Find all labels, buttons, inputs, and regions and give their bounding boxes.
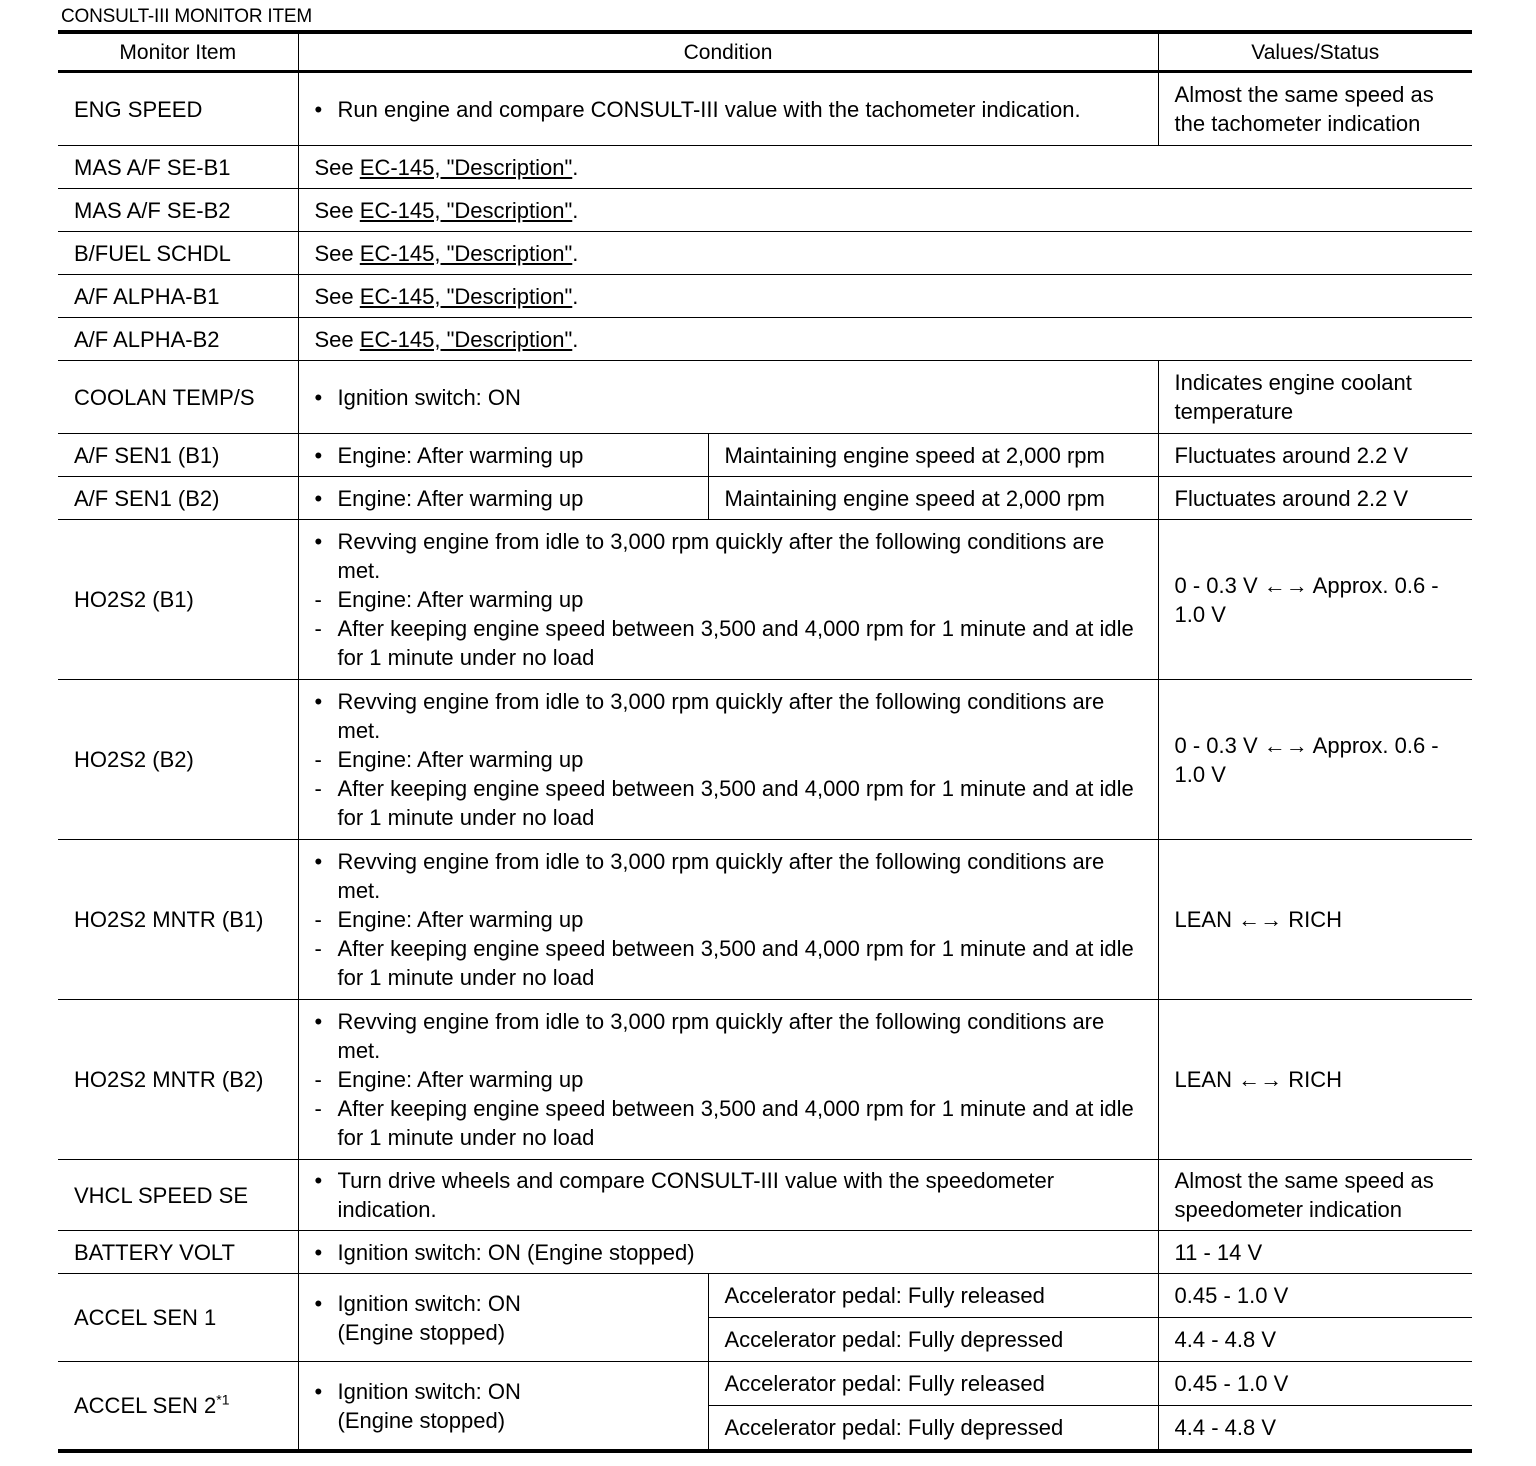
value-cell: 0.45 - 1.0 V — [1158, 1362, 1472, 1406]
monitor-item: ACCEL SEN 2*1 — [58, 1362, 298, 1452]
value-cell: 4.4 - 4.8 V — [1158, 1406, 1472, 1452]
dash-icon: - — [315, 585, 338, 614]
header-condition: Condition — [298, 32, 1158, 72]
dash-icon: - — [315, 614, 338, 672]
bullet-icon: • — [315, 527, 338, 585]
table-row: ENG SPEED •Run engine and compare CONSUL… — [58, 72, 1472, 146]
sub-condition-cell: Accelerator pedal: Fully depressed — [708, 1406, 1158, 1452]
value-cell: 0.45 - 1.0 V — [1158, 1274, 1472, 1318]
table-row: A/F ALPHA-B2 See EC-145, "Description". — [58, 318, 1472, 361]
condition-cell: •Ignition switch: ON (Engine stopped) — [298, 1231, 1158, 1274]
table-row: HO2S2 MNTR (B1) •Revving engine from idl… — [58, 840, 1472, 1000]
table-row: HO2S2 (B2) •Revving engine from idle to … — [58, 680, 1472, 840]
value-cell: Indicates engine coolant temperature — [1158, 361, 1472, 434]
bullet-icon: • — [315, 847, 338, 905]
value-cell: LEAN ←→ RICH — [1158, 1000, 1472, 1160]
dash-icon: - — [315, 905, 338, 934]
monitor-item: VHCL SPEED SE — [58, 1160, 298, 1231]
table-row: ACCEL SEN 1 •Ignition switch: ON(Engine … — [58, 1274, 1472, 1318]
dash-icon: - — [315, 1094, 338, 1152]
table-row: B/FUEL SCHDL See EC-145, "Description". — [58, 232, 1472, 275]
value-cell: 11 - 14 V — [1158, 1231, 1472, 1274]
monitor-item: A/F SEN1 (B1) — [58, 434, 298, 477]
table-row: ACCEL SEN 2*1 •Ignition switch: ON(Engin… — [58, 1362, 1472, 1406]
bullet-icon: • — [315, 687, 338, 745]
monitor-item: A/F ALPHA-B1 — [58, 275, 298, 318]
condition-cell: •Revving engine from idle to 3,000 rpm q… — [298, 1000, 1158, 1160]
bullet-icon: • — [315, 441, 338, 470]
ec-145-description-link[interactable]: EC-145, "Description" — [360, 155, 572, 180]
bullet-icon: • — [315, 95, 338, 124]
value-cell: LEAN ←→ RICH — [1158, 840, 1472, 1000]
bullet-icon: • — [315, 1007, 338, 1065]
sub-condition-cell: Maintaining engine speed at 2,000 rpm — [708, 434, 1158, 477]
ec-145-description-link[interactable]: EC-145, "Description" — [360, 284, 572, 309]
reference-cell: See EC-145, "Description". — [298, 146, 1472, 189]
ec-145-description-link[interactable]: EC-145, "Description" — [360, 198, 572, 223]
monitor-item: HO2S2 MNTR (B2) — [58, 1000, 298, 1160]
table-row: COOLAN TEMP/S •Ignition switch: ON Indic… — [58, 361, 1472, 434]
reference-cell: See EC-145, "Description". — [298, 189, 1472, 232]
bullet-icon: • — [315, 383, 338, 412]
monitor-item: COOLAN TEMP/S — [58, 361, 298, 434]
table-row: HO2S2 (B1) •Revving engine from idle to … — [58, 520, 1472, 680]
value-cell: 0 - 0.3 V ←→ Approx. 0.6 - 1.0 V — [1158, 680, 1472, 840]
monitor-item: A/F SEN1 (B2) — [58, 477, 298, 520]
table-row: MAS A/F SE-B2 See EC-145, "Description". — [58, 189, 1472, 232]
dash-icon: - — [315, 934, 338, 992]
bullet-icon: • — [315, 1377, 338, 1435]
condition-cell: •Revving engine from idle to 3,000 rpm q… — [298, 840, 1158, 1000]
condition-cell: •Ignition switch: ON — [298, 361, 1158, 434]
dash-icon: - — [315, 745, 338, 774]
table-row: A/F ALPHA-B1 See EC-145, "Description". — [58, 275, 1472, 318]
sub-condition-cell: Accelerator pedal: Fully released — [708, 1362, 1158, 1406]
monitor-item: MAS A/F SE-B2 — [58, 189, 298, 232]
monitor-item: BATTERY VOLT — [58, 1231, 298, 1274]
sub-condition-cell: Accelerator pedal: Fully depressed — [708, 1318, 1158, 1362]
sub-condition-cell: Maintaining engine speed at 2,000 rpm — [708, 477, 1158, 520]
monitor-item: HO2S2 MNTR (B1) — [58, 840, 298, 1000]
header-row: Monitor Item Condition Values/Status — [58, 32, 1472, 72]
condition-cell: •Turn drive wheels and compare CONSULT-I… — [298, 1160, 1158, 1231]
value-cell: Fluctuates around 2.2 V — [1158, 477, 1472, 520]
condition-cell: •Engine: After warming up — [298, 477, 708, 520]
monitor-item: ACCEL SEN 1 — [58, 1274, 298, 1362]
value-cell: Almost the same speed as speedometer ind… — [1158, 1160, 1472, 1231]
bullet-icon: • — [315, 1289, 338, 1347]
monitor-item: A/F ALPHA-B2 — [58, 318, 298, 361]
reference-cell: See EC-145, "Description". — [298, 275, 1472, 318]
table-row: BATTERY VOLT •Ignition switch: ON (Engin… — [58, 1231, 1472, 1274]
monitor-item: MAS A/F SE-B1 — [58, 146, 298, 189]
reference-cell: See EC-145, "Description". — [298, 232, 1472, 275]
section-title: CONSULT-III MONITOR ITEM — [61, 6, 312, 28]
table-row: HO2S2 MNTR (B2) •Revving engine from idl… — [58, 1000, 1472, 1160]
bullet-icon: • — [315, 1238, 338, 1267]
table-row: VHCL SPEED SE •Turn drive wheels and com… — [58, 1160, 1472, 1231]
header-monitor-item: Monitor Item — [58, 32, 298, 72]
reference-cell: See EC-145, "Description". — [298, 318, 1472, 361]
condition-cell: •Ignition switch: ON(Engine stopped) — [298, 1362, 708, 1452]
dash-icon: - — [315, 1065, 338, 1094]
table-row: A/F SEN1 (B1) •Engine: After warming up … — [58, 434, 1472, 477]
sub-condition-cell: Accelerator pedal: Fully released — [708, 1274, 1158, 1318]
condition-cell: •Ignition switch: ON(Engine stopped) — [298, 1274, 708, 1362]
condition-cell: •Revving engine from idle to 3,000 rpm q… — [298, 680, 1158, 840]
monitor-item: ENG SPEED — [58, 72, 298, 146]
value-cell: 0 - 0.3 V ←→ Approx. 0.6 - 1.0 V — [1158, 520, 1472, 680]
ec-145-description-link[interactable]: EC-145, "Description" — [360, 327, 572, 352]
condition-cell: •Revving engine from idle to 3,000 rpm q… — [298, 520, 1158, 680]
value-cell: Almost the same speed as the tachometer … — [1158, 72, 1472, 146]
monitor-item-table: Monitor Item Condition Values/Status ENG… — [58, 30, 1472, 1453]
ec-145-description-link[interactable]: EC-145, "Description" — [360, 241, 572, 266]
dash-icon: - — [315, 774, 338, 832]
bullet-icon: • — [315, 1166, 338, 1224]
condition-cell: •Run engine and compare CONSULT-III valu… — [298, 72, 1158, 146]
bullet-icon: • — [315, 484, 338, 513]
header-values-status: Values/Status — [1158, 32, 1472, 72]
table-row: A/F SEN1 (B2) •Engine: After warming up … — [58, 477, 1472, 520]
value-cell: Fluctuates around 2.2 V — [1158, 434, 1472, 477]
monitor-item: HO2S2 (B2) — [58, 680, 298, 840]
footnote-marker: *1 — [216, 1392, 229, 1408]
monitor-item: HO2S2 (B1) — [58, 520, 298, 680]
condition-cell: •Engine: After warming up — [298, 434, 708, 477]
value-cell: 4.4 - 4.8 V — [1158, 1318, 1472, 1362]
table-row: MAS A/F SE-B1 See EC-145, "Description". — [58, 146, 1472, 189]
monitor-item: B/FUEL SCHDL — [58, 232, 298, 275]
